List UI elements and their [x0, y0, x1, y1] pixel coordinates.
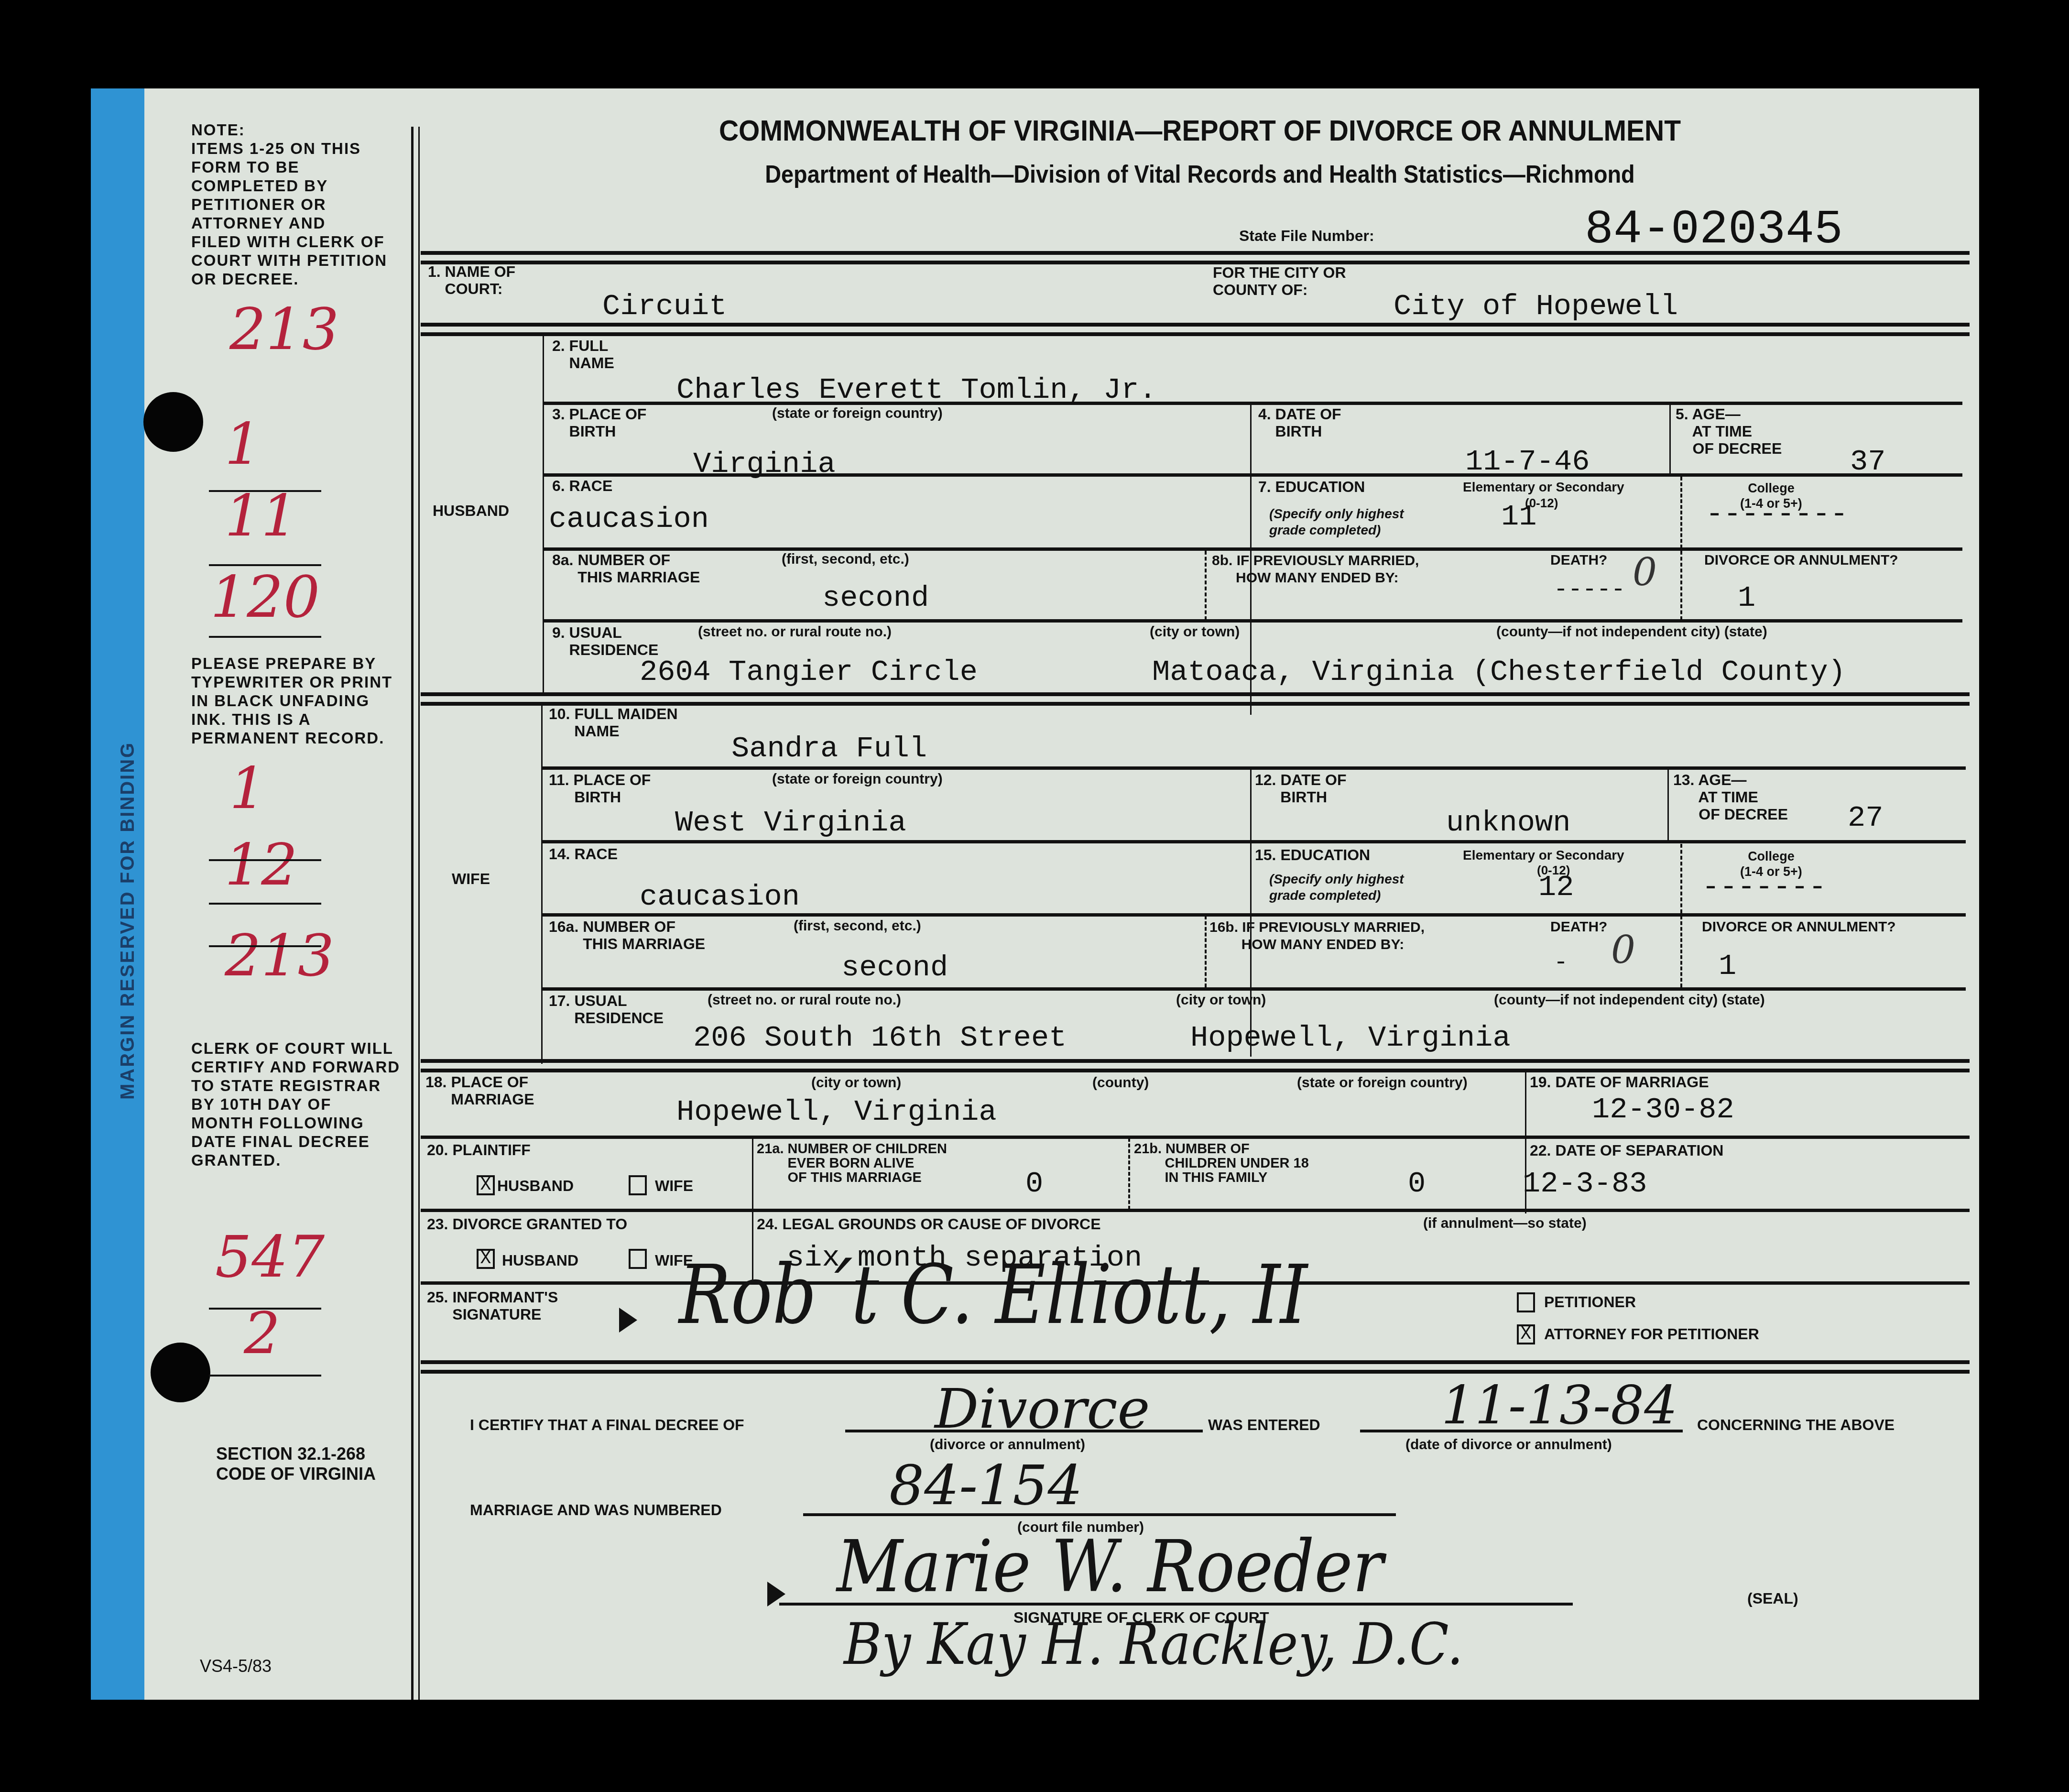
husband-name-label: 2. FULL NAME — [552, 337, 614, 372]
handwritten-number: 12 — [225, 832, 298, 898]
divider — [209, 903, 321, 905]
separation-label: 22. DATE OF SEPARATION — [1530, 1142, 1723, 1159]
children-count[interactable]: 0 — [1025, 1167, 1043, 1201]
sidebar-clerk-note: CLERK OF COURT WILL CERTIFY AND FORWARD … — [191, 1039, 400, 1169]
rule — [541, 987, 1966, 991]
rule — [541, 840, 1966, 843]
husband-birthplace-label: 3. PLACE OF BIRTH — [552, 405, 646, 440]
rule — [421, 1370, 1970, 1374]
concerning-label: CONCERNING THE ABOVE — [1697, 1416, 1895, 1433]
wife-prev-label: 16b. IF PREVIOUSLY MARRIED, HOW MANY END… — [1209, 919, 1425, 953]
husband-education-label: 7. EDUCATION — [1258, 478, 1365, 495]
wife-marriage-num[interactable]: second — [841, 951, 948, 984]
court-name[interactable]: Circuit — [602, 289, 727, 323]
rule — [541, 766, 1966, 770]
arrow-icon — [619, 1308, 637, 1333]
attorney-checkbox[interactable]: X — [1517, 1324, 1535, 1344]
marriage-county-hint: (county) — [1092, 1075, 1149, 1091]
sidebar-border — [418, 127, 420, 1700]
rule — [543, 619, 1962, 623]
was-entered-label: WAS ENTERED — [1208, 1416, 1320, 1433]
granted-husband-label: HUSBAND — [502, 1252, 578, 1269]
column-divider — [1667, 770, 1669, 841]
petitioner-label: PETITIONER — [1544, 1293, 1636, 1311]
marriage-place-label: 18. PLACE OF MARRIAGE — [425, 1073, 534, 1108]
handwritten-number: 213 — [225, 923, 334, 989]
wife-death-value[interactable]: - — [1554, 949, 1568, 976]
wife-section-label: WIFE — [452, 870, 490, 887]
husband-marriage-num-label: 8a. NUMBER OF THIS MARRIAGE — [552, 551, 700, 586]
informant-label: 25. INFORMANT'S SIGNATURE — [427, 1289, 558, 1323]
rule — [421, 1136, 1970, 1139]
husband-birthplace-hint: (state or foreign country) — [772, 405, 943, 422]
wife-divorce-label: DIVORCE OR ANNULMENT? — [1702, 919, 1896, 935]
granted-husband-checkbox[interactable]: X — [477, 1249, 495, 1269]
marriage-date-label: 19. DATE OF MARRIAGE — [1530, 1073, 1709, 1091]
husband-city-hint: (city or town) — [1150, 624, 1240, 640]
certify-prefix: I CERTIFY THAT A FINAL DECREE OF — [470, 1416, 744, 1433]
children-label: 21a. NUMBER OF CHILDREN EVER BORN ALIVE … — [757, 1142, 947, 1185]
column-divider — [1128, 1138, 1130, 1210]
wife-death-handwritten: 0 — [1611, 928, 1635, 972]
state-file-number: 84-020345 — [1585, 203, 1843, 257]
wife-age-label: 13. AGE— AT TIME OF DECREE — [1673, 771, 1788, 823]
plaintiff-husband-checkbox[interactable]: X — [477, 1175, 495, 1195]
wife-street-hint: (street no. or rural route no.) — [708, 992, 901, 1008]
column-divider — [1680, 477, 1682, 548]
wife-education-hint: (Specify only highest grade completed) — [1269, 871, 1404, 904]
decree-type-hint: (divorce or annulment) — [930, 1437, 1085, 1453]
wife-elem-label: Elementary or Secondary — [1463, 848, 1624, 863]
column-divider — [1680, 844, 1682, 913]
wife-age[interactable]: 27 — [1848, 801, 1883, 835]
husband-age-label: 5. AGE— AT TIME OF DECREE — [1676, 405, 1782, 457]
column-divider — [1205, 916, 1207, 987]
husband-dob-label: 4. DATE OF BIRTH — [1258, 405, 1341, 440]
section-divider — [543, 335, 544, 693]
rule — [421, 323, 1970, 327]
wife-dob-label: 12. DATE OF BIRTH — [1255, 771, 1346, 806]
court-file-number[interactable]: 84-154 — [889, 1453, 1083, 1518]
divider — [209, 945, 321, 947]
husband-death-label: DEATH? — [1550, 552, 1607, 568]
wife-birthplace[interactable]: West Virginia — [675, 806, 906, 840]
husband-marriage-num[interactable]: second — [822, 581, 929, 615]
binding-label: MARGIN RESERVED FOR BINDING — [117, 742, 139, 1100]
granted-label: 23. DIVORCE GRANTED TO — [427, 1215, 627, 1233]
wife-education-label: 15. EDUCATION — [1255, 846, 1370, 863]
column-divider — [1680, 916, 1682, 987]
wife-birthplace-label: 11. PLACE OF BIRTH — [549, 771, 651, 806]
handwritten-number: 547 — [215, 1224, 325, 1290]
husband-death-value[interactable]: ----- — [1554, 576, 1625, 603]
plaintiff-label: 20. PLAINTIFF — [427, 1141, 531, 1158]
section-divider — [541, 705, 543, 1064]
children-under18-label: 21b. NUMBER OF CHILDREN UNDER 18 IN THIS… — [1134, 1142, 1309, 1185]
informant-signature[interactable]: Rob´t C. Elliott, II — [679, 1248, 1307, 1343]
deputy-signature[interactable]: By Kay H. Rackley, D.C. — [844, 1611, 1463, 1678]
plaintiff-husband-label: HUSBAND — [497, 1177, 574, 1194]
handwritten-number: 2 — [244, 1300, 280, 1367]
husband-death-handwritten: 0 — [1633, 550, 1657, 594]
grounds-label: 24. LEGAL GROUNDS OR CAUSE OF DIVORCE — [757, 1215, 1101, 1233]
sidebar-prepare-note: PLEASE PREPARE BY TYPEWRITER OR PRINT IN… — [191, 654, 392, 747]
divider — [209, 636, 321, 638]
husband-college-value[interactable]: -------- — [1706, 497, 1848, 531]
form-number: VS4-5/83 — [200, 1657, 272, 1675]
divider — [209, 564, 321, 566]
handwritten-number: 120 — [210, 564, 320, 631]
sidebar-border — [411, 127, 414, 1700]
divider — [209, 859, 321, 861]
husband-marriage-num-hint: (first, second, etc.) — [782, 551, 909, 568]
husband-divorce-label: DIVORCE OR ANNULMENT? — [1704, 552, 1898, 568]
county-label: FOR THE CITY OR COUNTY OF: — [1213, 264, 1346, 298]
wife-college-value[interactable]: ------- — [1702, 870, 1826, 904]
grounds-hint: (if annulment—so state) — [1423, 1215, 1587, 1232]
marriage-city-hint: (city or town) — [811, 1075, 901, 1091]
wife-residence-city[interactable]: Hopewell, Virginia — [1190, 1021, 1511, 1055]
rule — [543, 547, 1962, 551]
wife-race-label: 14. RACE — [549, 845, 618, 863]
wife-residence-label: 17. USUAL RESIDENCE — [549, 992, 664, 1027]
code-section: SECTION 32.1-268 CODE OF VIRGINIA — [216, 1444, 376, 1484]
form-subtitle: Department of Health—Division of Vital R… — [499, 160, 1901, 189]
handwritten-number: 11 — [225, 483, 298, 549]
handwritten-number: 1 — [229, 755, 266, 822]
wife-dob[interactable]: unknown — [1446, 806, 1570, 840]
husband-section-label: HUSBAND — [433, 502, 509, 519]
form-title: COMMONWEALTH OF VIRGINIA—REPORT OF DIVOR… — [483, 114, 1917, 148]
husband-race-label: 6. RACE — [552, 477, 612, 494]
wife-marriage-num-hint: (first, second, etc.) — [794, 918, 921, 934]
divider — [209, 1375, 321, 1377]
wife-race[interactable]: caucasion — [640, 880, 800, 914]
marriage-place[interactable]: Hopewell, Virginia — [676, 1095, 997, 1129]
husband-residence-city[interactable]: Matoaca, Virginia (Chesterfield County) — [1152, 655, 1846, 689]
rule — [421, 1360, 1970, 1364]
husband-street-hint: (street no. or rural route no.) — [698, 624, 892, 640]
wife-county-hint: (county—if not independent city) (state) — [1494, 992, 1765, 1008]
husband-elem-value[interactable]: 11 — [1501, 500, 1536, 534]
granted-wife-checkbox[interactable] — [629, 1249, 647, 1269]
wife-city-hint: (city or town) — [1176, 992, 1266, 1008]
separation-date[interactable]: 12-3-83 — [1523, 1167, 1647, 1201]
rule — [421, 692, 1970, 696]
handwritten-number: 213 — [229, 296, 339, 363]
decree-date[interactable]: 11-13-84 — [1441, 1375, 1677, 1436]
petitioner-checkbox[interactable] — [1517, 1292, 1535, 1312]
attorney-label: ATTORNEY FOR PETITIONER — [1544, 1325, 1759, 1343]
wife-residence-street[interactable]: 206 South 16th Street — [693, 1021, 1067, 1055]
rule — [543, 402, 1962, 405]
husband-county-hint: (county—if not independent city) (state) — [1496, 624, 1767, 640]
sidebar-note: NOTE: ITEMS 1-25 ON THIS FORM TO BE COMP… — [191, 120, 387, 288]
husband-residence-street[interactable]: 2604 Tangier Circle — [640, 655, 978, 689]
wife-marriage-num-label: 16a. NUMBER OF THIS MARRIAGE — [549, 918, 705, 952]
husband-race[interactable]: caucasion — [549, 502, 709, 536]
wife-divorce-value[interactable]: 1 — [1719, 949, 1736, 983]
children-under18-count[interactable]: 0 — [1408, 1167, 1426, 1201]
divider — [209, 490, 321, 492]
punch-hole — [143, 392, 203, 452]
rule — [421, 251, 1970, 255]
wife-elem-value[interactable]: 12 — [1538, 870, 1574, 904]
punch-hole — [151, 1343, 210, 1402]
state-file-label: State File Number: — [1239, 227, 1374, 245]
column-divider — [1669, 404, 1671, 476]
rule — [421, 1059, 1970, 1063]
rule — [421, 261, 1970, 264]
husband-residence-label: 9. USUAL RESIDENCE — [552, 624, 658, 658]
decree-date-hint: (date of divorce or annulment) — [1405, 1437, 1612, 1453]
divider — [209, 1308, 321, 1310]
husband-elem-label: Elementary or Secondary — [1463, 480, 1624, 495]
plaintiff-wife-checkbox[interactable] — [629, 1175, 647, 1195]
court-label: 1. NAME OF COURT: — [428, 263, 515, 297]
handwritten-number: 1 — [225, 411, 261, 478]
clerk-signature[interactable]: Marie W. Roeder — [837, 1525, 1383, 1608]
husband-prev-label: 8b. IF PREVIOUSLY MARRIED, HOW MANY ENDE… — [1212, 552, 1419, 587]
decree-type[interactable]: Divorce — [935, 1377, 1150, 1441]
husband-divorce-value[interactable]: 1 — [1738, 581, 1755, 615]
plaintiff-wife-label: WIFE — [655, 1177, 693, 1194]
seal-label: (SEAL) — [1747, 1590, 1798, 1607]
wife-name-label: 10. FULL MAIDEN NAME — [549, 705, 678, 740]
column-divider — [1680, 551, 1682, 620]
wife-death-label: DEATH? — [1550, 919, 1607, 935]
husband-education-hint: (Specify only highest grade completed) — [1269, 506, 1404, 538]
county-name[interactable]: City of Hopewell — [1394, 289, 1678, 323]
rule — [543, 473, 1962, 477]
rule — [421, 1209, 1970, 1212]
numbered-label: MARRIAGE AND WAS NUMBERED — [470, 1501, 722, 1519]
wife-birthplace-hint: (state or foreign country) — [772, 771, 943, 787]
rule — [421, 332, 1970, 336]
rule — [421, 1069, 1970, 1072]
marriage-date[interactable]: 12-30-82 — [1592, 1093, 1734, 1126]
rule — [541, 913, 1966, 917]
marriage-state-hint: (state or foreign country) — [1297, 1075, 1468, 1091]
column-divider — [1205, 551, 1207, 620]
wife-full-name[interactable]: Sandra Full — [731, 732, 927, 765]
